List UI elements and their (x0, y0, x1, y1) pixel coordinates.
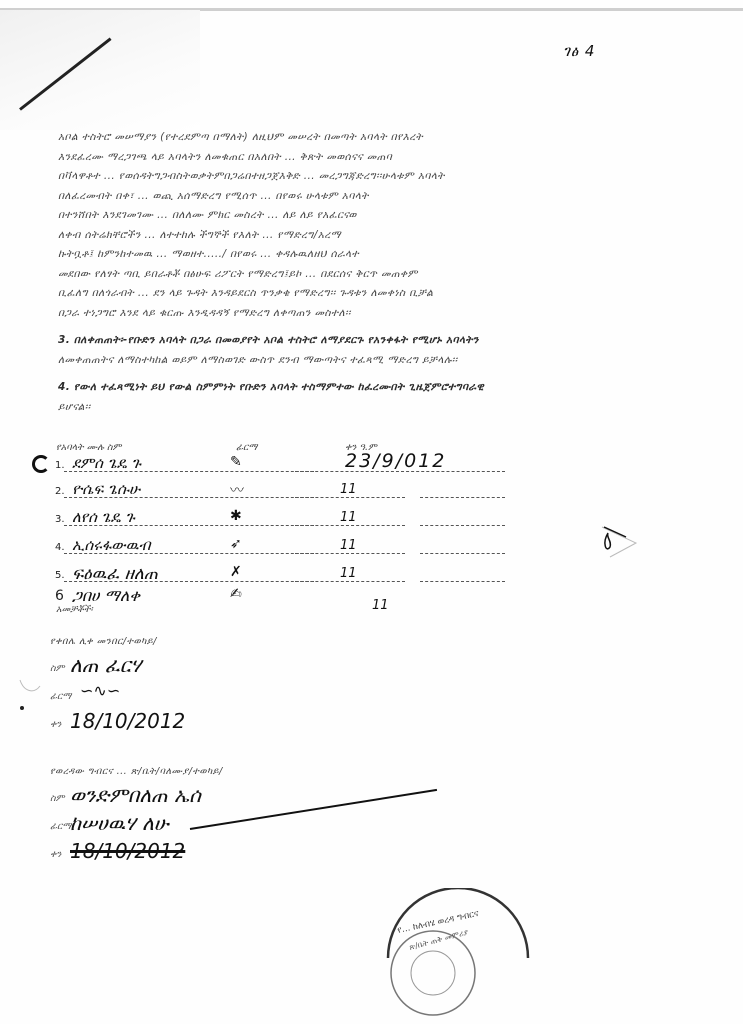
name-label: ስም (50, 793, 64, 804)
approver-name: ለጠ ፈርሃ (70, 653, 142, 677)
signature-scribble: ✎ (230, 454, 242, 470)
clause-line: የውለ ተፈጻሚነት ይህ የውል ስምምነት የቡድን አባላት ተስማምተው… (74, 381, 484, 393)
signatory-date: 11 (340, 482, 357, 497)
signatory-name: ደምሰ ጌዴ ጉ (72, 454, 141, 472)
signatory-row: 3. ለየሰ ጌዴ ጉ ✱ 11 (50, 508, 520, 532)
row-number: 1. (55, 460, 65, 471)
date-label: ቀን (50, 849, 61, 860)
clause-line: በለቀጠጠት፡-የቡድን አባላት በጋራ በመወያየት አቦል ተስትሮ ለማ… (74, 334, 479, 346)
extra-line (420, 497, 505, 498)
signature-scribble: ✱ (230, 508, 242, 524)
paragraph-line: በጋራ ተነጋግሮ እንደ ላይ ቁርጡ እንዲዳዳኝ የማድረግ ለቀጣጠን … (58, 304, 688, 324)
paragraph-line: ኩትቧቶ፤ ከምንከተመዉ ... ማወዘተ...../ በየወሩ ... ቀዳ… (58, 245, 688, 265)
signatory-row: 1. ደምሰ ጌዴ ጉ ✎ 23/9/012 (50, 454, 520, 478)
facilitators-label: አመቻቾች፡ (56, 604, 93, 615)
date-line (295, 497, 405, 498)
signature-scribble: ✗ (230, 564, 242, 580)
signature-label: ፊርማ (50, 691, 71, 702)
clause-3: 3. በለቀጠጠት፡-የቡድን አባላት በጋራ በመወያየት አቦል ተስትሮ… (58, 330, 688, 369)
header-name: የአባላት ሙሉ ስም (56, 442, 121, 453)
paragraph-line: ለቀብ ሰትሬክቸሮችን ... ለተተከሉ ችግኞች የእለት ... የማድ… (58, 226, 688, 246)
clause-number: 4. (58, 381, 70, 393)
signatory-row: 5. ፍዕዉፈ ዘለጠ ✗ 11 (50, 564, 520, 588)
paragraph-line: እንደፈረሙ ማረጋገጫ ላይ አባላትን ለመቁጠር በአለበት ... ቅጽ… (58, 148, 688, 168)
date-line (295, 581, 405, 582)
woreda-office-approval: የወረዳው ግብርና ... ጽ/ቤት/ባለሙያ/ተወካይ/ ስም ወንድምበለ… (50, 766, 223, 867)
fold-shadow (0, 10, 200, 130)
row-number: 3. (55, 514, 65, 525)
kebele-chair-approval: የቀበሌ ሊቀ መንበር/ተወካይ/ ስም ለጠ ፈርሃ ፊርማ ∽∿∽ ቀን … (50, 636, 157, 737)
paragraph-line: ቢፈለግ በለጎራብት ... ደን ላይ ጉዳት እንዳይደርስ ጥንቃቄ የ… (58, 284, 688, 304)
signature-scribble: ✍ (230, 586, 242, 602)
scanned-page: ገፅ 4 አቦል ተስትሮ መሠማያን (የተረደምጣ በማለት) ለዚህም መ… (0, 0, 743, 1024)
clause-number: 3. (58, 334, 70, 346)
signatory-row: 4. ኢሰሩፋውዉብ ➶ 11 (50, 536, 520, 560)
clause-line: ለመቀጠጠትና ለማስተካከል ወይም ለማስወገድ ውስጥ ደንብ ማውጣትና… (58, 350, 688, 370)
signatory-date: 11 (340, 566, 357, 581)
official-stamp: የ... ከለብሄ ወረዳ ግብርና ጽ/ቤት ጠቅ መምሪያ (368, 888, 538, 1024)
signatory-name: ለየሰ ጌዴ ጉ (72, 508, 135, 526)
approver-signature: ∽∿∽ (80, 681, 120, 700)
officer-signature: ከሠሀዉሃ ለሁ (70, 811, 169, 835)
row-number: 6 (55, 588, 64, 604)
signatory-row: 6 ጋበሀ ማለቀ ✍ (50, 586, 520, 610)
officer-date: 18/10/2012 (70, 839, 185, 863)
signature-scribble: 〰 (230, 480, 244, 500)
main-paragraph: አቦል ተስትሮ መሠማያን (የተረደምጣ በማለት) ለዚህም መሠረት በ… (58, 128, 688, 323)
extra-line (420, 581, 505, 582)
page-number: ገፅ 4 (563, 42, 595, 60)
signatory-row: 2. ዮሴፍ ጌሱሁ 〰 11 (50, 480, 520, 504)
date-line (295, 525, 405, 526)
paragraph-line: በተንሸበት እንደገመገሙ ... በለለሙ ምክር መስረት ... ለይ … (58, 206, 688, 226)
signatory-name: ኢሰሩፋውዉብ (72, 536, 151, 554)
paragraph-line: መደበው የለፃት ጣቢ ይበራቶቾ በፅሁፍ ሪፖርት የማድረግ፤ይኮ ..… (58, 265, 688, 285)
facilitators-date: 11 (372, 598, 389, 613)
extra-line (420, 525, 505, 526)
approval-title: የቀበሌ ሊቀ መንበር/ተወካይ/ (50, 636, 157, 647)
stray-pen-mark (600, 523, 640, 559)
signatory-date: 11 (340, 510, 357, 525)
paragraph-line: በቫላዋቶተ ... የወሰዳትግጋብስትወቃትምበጋሬበተዘጋጀእቅድ ...… (58, 167, 688, 187)
signatory-date: 23/9/012 (345, 450, 446, 472)
date-label: ቀን (50, 719, 61, 730)
signatory-date: 11 (340, 538, 357, 553)
row-number: 4. (55, 542, 65, 553)
officer-name: ወንድምበለጠ ኤሰ (70, 783, 201, 807)
signature-flourish (190, 789, 437, 830)
paragraph-line: አቦል ተስትሮ መሠማያን (የተረደምጣ በማለት) ለዚህም መሠረት በ… (58, 128, 688, 148)
header-signature: ፊርማ (236, 442, 257, 453)
clause-line: ይሆናል፡፡ (58, 397, 688, 417)
row-number: 5. (55, 570, 65, 581)
clause-4: 4. የውለ ተፈጻሚነት ይህ የውል ስምምነት የቡድን አባላት ተስማ… (58, 377, 688, 416)
signature-scribble: ➶ (230, 536, 242, 552)
margin-marks (12, 650, 42, 720)
name-label: ስም (50, 663, 64, 674)
office-title: የወረዳው ግብርና ... ጽ/ቤት/ባለሙያ/ተወካይ/ (50, 766, 223, 777)
signatory-name: ጋበሀ ማለቀ (72, 586, 140, 606)
approval-date: 18/10/2012 (70, 709, 185, 733)
extra-line (420, 553, 505, 554)
signatory-name: ዮሴፍ ጌሱሁ (72, 480, 140, 498)
date-line (295, 553, 405, 554)
signature-label: ፊርማ (50, 821, 71, 832)
row-number: 2. (55, 486, 65, 497)
paragraph-line: በለፈረመብት በቀ፣ ... ወጪ አሰማድረግ የሚሰጥ ... በየወሩ … (58, 187, 688, 207)
signatory-name: ፍዕዉፈ ዘለጠ (72, 564, 158, 584)
